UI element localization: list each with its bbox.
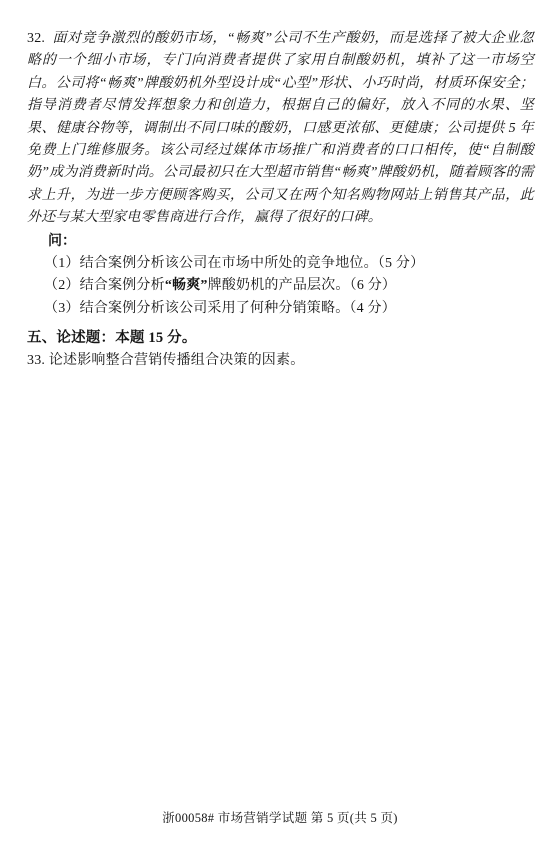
sub-question-3: （3）结合案例分析该公司采用了何种分销策略。（4 分）	[27, 298, 534, 320]
question-32-number: 32.	[27, 31, 52, 46]
question-32-prompt-label: 问：	[27, 231, 534, 253]
sub-question-2-emphasis: “畅爽”	[165, 278, 208, 293]
question-32-case-paragraph: 32.面对竞争激烈的酸奶市场，“畅爽”公司不生产酸奶，而是选择了被大企业忽略的一…	[27, 28, 534, 230]
sub-question-1-text: （1）结合案例分析该公司在市场中所处的竞争地位。（5 分）	[44, 256, 424, 271]
page-footer: 浙00058# 市场营销学试题 第 5 页(共 5 页)	[0, 808, 560, 826]
page-content: 32.面对竞争激烈的酸奶市场，“畅爽”公司不生产酸奶，而是选择了被大企业忽略的一…	[27, 28, 534, 372]
question-32-case-text: 面对竞争激烈的酸奶市场，“畅爽”公司不生产酸奶，而是选择了被大企业忽略的一个细小…	[27, 31, 534, 225]
section-5-heading: 五、论述题：本题 15 分。	[27, 327, 534, 349]
sub-question-1: （1）结合案例分析该公司在市场中所处的竞争地位。（5 分）	[27, 253, 534, 275]
exam-page: 32.面对竞争激烈的酸奶市场，“畅爽”公司不生产酸奶，而是选择了被大企业忽略的一…	[0, 0, 560, 841]
sub-question-3-text: （3）结合案例分析该公司采用了何种分销策略。（4 分）	[44, 301, 396, 316]
sub-question-2-text: （2）结合案例分析	[44, 278, 165, 293]
sub-question-2: （2）结合案例分析“畅爽”牌酸奶机的产品层次。（6 分）	[27, 275, 534, 297]
sub-question-2-tail: 牌酸奶机的产品层次。（6 分）	[208, 278, 397, 293]
question-33: 33. 论述影响整合营销传播组合决策的因素。	[27, 350, 534, 372]
